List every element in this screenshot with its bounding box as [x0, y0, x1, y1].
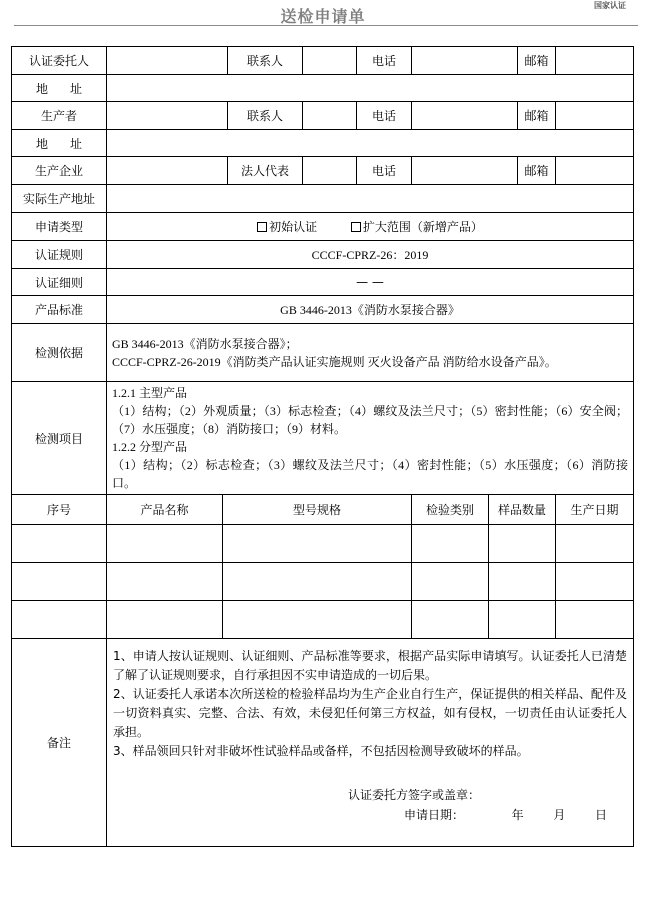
- applicant-address-label: 地址: [12, 75, 107, 102]
- test-items-heading: 1.2.1 主型产品: [112, 384, 628, 402]
- notes-row: 备注 1、申请人按认证规则、认证细则、产品标准等要求，根据产品实际申请填写。认证…: [12, 639, 634, 847]
- col-header-model-spec: 型号规格: [223, 495, 412, 525]
- cell-product-name[interactable]: [107, 563, 223, 601]
- cell-sample-qty[interactable]: [489, 525, 556, 563]
- manufacturer-phone-label: 电话: [357, 157, 412, 185]
- col-header-product-name: 产品名称: [107, 495, 223, 525]
- applicant-contact-field[interactable]: [303, 47, 357, 75]
- applicant-phone-field[interactable]: [412, 47, 518, 75]
- cell-test-category[interactable]: [412, 525, 489, 563]
- producer-row: 生产者 联系人 电话 邮箱: [12, 102, 634, 130]
- actual-address-field[interactable]: [107, 185, 634, 213]
- applicant-email-label: 邮箱: [518, 47, 556, 75]
- producer-contact-field[interactable]: [303, 102, 357, 130]
- cert-rule-value: CCCF-CPRZ-26：2019: [107, 241, 634, 269]
- cell-sample-qty[interactable]: [489, 563, 556, 601]
- producer-email-label: 邮箱: [518, 102, 556, 130]
- applicant-contact-label: 联系人: [228, 47, 303, 75]
- producer-address-label: 地址: [12, 130, 107, 157]
- actual-address-label: 实际生产地址: [12, 185, 107, 213]
- cell-production-date[interactable]: [556, 563, 634, 601]
- legal-rep-field[interactable]: [303, 157, 357, 185]
- test-items-value: 1.2.1 主型产品 （1）结构；（2）外观质量；（3）标志检查；（4）螺纹及法…: [107, 382, 634, 495]
- note-item: 3、样品领回只针对非破坏性试验样品或备样，不包括因检测导致破坏的样品。: [113, 742, 627, 761]
- application-type-options: 初始认证 扩大范围（新增产品）: [107, 213, 634, 241]
- manufacturer-row: 生产企业 法人代表 电话 邮箱: [12, 157, 634, 185]
- signature-block: 认证委托方签字或盖章： 申请日期： 年 月 日: [113, 785, 627, 825]
- product-standard-value: GB 3446-2013《消防水泵接合器》: [107, 296, 634, 324]
- applicant-address-row: 地址: [12, 75, 634, 102]
- cert-rule-label: 认证规则: [12, 241, 107, 269]
- cell-serial[interactable]: [12, 525, 107, 563]
- cell-product-name[interactable]: [107, 601, 223, 639]
- header-divider: [14, 25, 638, 26]
- test-items-list: （1）结构；（2）外观质量；（3）标志检查；（4）螺纹及法兰尺寸；（5）密封性能…: [112, 402, 628, 438]
- applicant-name-field[interactable]: [107, 47, 228, 75]
- manufacturer-label: 生产企业: [12, 157, 107, 185]
- cell-production-date[interactable]: [556, 601, 634, 639]
- notes-content: 1、申请人按认证规则、认证细则、产品标准等要求，根据产品实际申请填写。认证委托人…: [107, 639, 634, 847]
- test-items-label: 检测项目: [12, 382, 107, 495]
- month-label: 月: [553, 805, 565, 825]
- applicant-email-field[interactable]: [556, 47, 634, 75]
- applicant-label: 认证委托人: [12, 47, 107, 75]
- product-table-row: [12, 563, 634, 601]
- cert-detail-value: — —: [107, 269, 634, 296]
- test-basis-row: 检测依据 GB 3446-2013《消防水泵接合器》； CCCF-CPRZ-26…: [12, 324, 634, 382]
- cell-production-date[interactable]: [556, 525, 634, 563]
- col-header-serial: 序号: [12, 495, 107, 525]
- checkbox-icon[interactable]: [257, 222, 267, 232]
- test-basis-label: 检测依据: [12, 324, 107, 382]
- manufacturer-name-field[interactable]: [107, 157, 228, 185]
- test-items-row: 检测项目 1.2.1 主型产品 （1）结构；（2）外观质量；（3）标志检查；（4…: [12, 382, 634, 495]
- cert-detail-row: 认证细则 — —: [12, 269, 634, 296]
- checkbox-icon[interactable]: [351, 222, 361, 232]
- note-item: 1、申请人按认证规则、认证细则、产品标准等要求，根据产品实际申请填写。认证委托人…: [113, 647, 627, 685]
- producer-address-row: 地址: [12, 130, 634, 157]
- applicant-address-field[interactable]: [107, 75, 634, 102]
- producer-address-field[interactable]: [107, 130, 634, 157]
- cell-serial[interactable]: [12, 601, 107, 639]
- col-header-sample-qty: 样品数量: [489, 495, 556, 525]
- product-table-header: 序号 产品名称 型号规格 检验类别 样品数量 生产日期: [12, 495, 634, 525]
- page-title: 送检申请单: [0, 4, 646, 27]
- test-basis-line: GB 3446-2013《消防水泵接合器》；: [112, 335, 628, 353]
- product-standard-row: 产品标准 GB 3446-2013《消防水泵接合器》: [12, 296, 634, 324]
- signature-label: 认证委托方签字或盖章：: [113, 785, 607, 805]
- legal-rep-label: 法人代表: [228, 157, 303, 185]
- option-scope-expansion[interactable]: 扩大范围（新增产品）: [351, 220, 483, 234]
- corner-tag: 国家认证: [594, 0, 626, 11]
- test-items-list: （1）结构；（2）标志检查；（3）螺纹及法兰尺寸；（4）密封性能；（5）水压强度…: [112, 456, 628, 492]
- producer-label: 生产者: [12, 102, 107, 130]
- cell-serial[interactable]: [12, 563, 107, 601]
- applicant-phone-label: 电话: [357, 47, 412, 75]
- day-label: 日: [595, 805, 607, 825]
- actual-address-row: 实际生产地址: [12, 185, 634, 213]
- date-line: 申请日期： 年 月 日: [113, 805, 607, 825]
- producer-name-field[interactable]: [107, 102, 228, 130]
- cert-detail-label: 认证细则: [12, 269, 107, 296]
- application-type-label: 申请类型: [12, 213, 107, 241]
- product-table-row: [12, 601, 634, 639]
- option-initial-cert[interactable]: 初始认证: [257, 220, 321, 234]
- producer-contact-label: 联系人: [228, 102, 303, 130]
- year-label: 年: [512, 805, 524, 825]
- title-partial-cutoff: [0, 0, 646, 3]
- cell-model-spec[interactable]: [223, 525, 412, 563]
- producer-email-field[interactable]: [556, 102, 634, 130]
- test-items-heading: 1.2.2 分型产品: [112, 438, 628, 456]
- cell-product-name[interactable]: [107, 525, 223, 563]
- cell-test-category[interactable]: [412, 601, 489, 639]
- application-type-row: 申请类型 初始认证 扩大范围（新增产品）: [12, 213, 634, 241]
- application-form-table: 认证委托人 联系人 电话 邮箱 地址 生产者 联系人 电话 邮箱 地址 生产企业…: [11, 46, 634, 847]
- applicant-row: 认证委托人 联系人 电话 邮箱: [12, 47, 634, 75]
- col-header-production-date: 生产日期: [556, 495, 634, 525]
- manufacturer-phone-field[interactable]: [412, 157, 518, 185]
- product-table-row: [12, 525, 634, 563]
- producer-phone-field[interactable]: [412, 102, 518, 130]
- cell-sample-qty[interactable]: [489, 601, 556, 639]
- test-basis-value: GB 3446-2013《消防水泵接合器》； CCCF-CPRZ-26-2019…: [107, 324, 634, 382]
- product-standard-label: 产品标准: [12, 296, 107, 324]
- manufacturer-email-field[interactable]: [556, 157, 634, 185]
- cell-model-spec[interactable]: [223, 563, 412, 601]
- cell-model-spec[interactable]: [223, 601, 412, 639]
- note-item: 2、认证委托人承诺本次所送检的检验样品均为生产企业自行生产，保证提供的相关样品、…: [113, 685, 627, 742]
- cert-rule-row: 认证规则 CCCF-CPRZ-26：2019: [12, 241, 634, 269]
- producer-phone-label: 电话: [357, 102, 412, 130]
- notes-label: 备注: [12, 639, 107, 847]
- date-label: 申请日期：: [404, 805, 464, 825]
- test-basis-line: CCCF-CPRZ-26-2019《消防类产品认证实施规则 灭火设备产品 消防给…: [112, 353, 628, 371]
- cell-test-category[interactable]: [412, 563, 489, 601]
- col-header-test-category: 检验类别: [412, 495, 489, 525]
- manufacturer-email-label: 邮箱: [518, 157, 556, 185]
